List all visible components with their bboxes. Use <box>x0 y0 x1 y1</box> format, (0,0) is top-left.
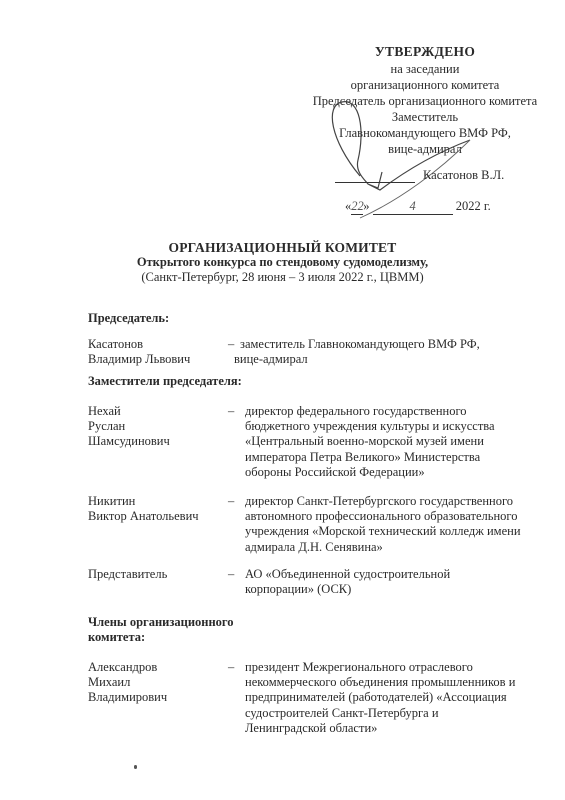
approval-block: УТВЕРЖДЕНО на заседании организационного… <box>290 44 560 157</box>
member-name-line: Михаил <box>88 675 228 690</box>
desc-line: предпринимателей (работодателей) «Ассоци… <box>245 690 515 705</box>
desc-line: вице-адмирал <box>234 352 480 367</box>
member-name: Нехай Руслан Шамсудинович <box>88 404 228 450</box>
approval-line: Председатель организационного комитета <box>290 93 560 109</box>
scan-speck <box>134 765 137 769</box>
desc-line: автономного профессионального образовате… <box>245 509 521 524</box>
member-name-line: Никитин <box>88 494 228 509</box>
desc-line: некоммерческого объединения промышленник… <box>245 675 515 690</box>
date-month: 4 <box>373 199 453 215</box>
dash: – <box>228 337 234 352</box>
heading-line: Члены организационного <box>88 615 234 630</box>
signature-line <box>335 182 415 183</box>
dash: – <box>228 660 234 675</box>
member-name-line: Представитель <box>88 567 228 582</box>
desc-line: президент Межрегионального отраслевого <box>245 660 515 675</box>
member-name-line: Александров <box>88 660 228 675</box>
approval-line: Заместитель <box>290 109 560 125</box>
signer-name: Касатонов В.Л. <box>423 168 504 183</box>
member-name-line: Шамсудинович <box>88 434 228 449</box>
member-name: Касатонов Владимир Львович <box>88 337 228 367</box>
desc-line: заместитель Главнокомандующего ВМФ РФ, <box>240 337 480 352</box>
document-title: ОРГАНИЗАЦИОННЫЙ КОМИТЕТ <box>0 240 565 256</box>
desc-line: директор федерального государственного <box>245 404 495 419</box>
member-name-line: Нехай <box>88 404 228 419</box>
member-name-line: Виктор Анатольевич <box>88 509 228 524</box>
desc-line: корпорации» (ОСК) <box>245 582 450 597</box>
desc-line: Ленинградской области» <box>245 721 515 736</box>
heading-line: комитета: <box>88 630 234 645</box>
section-heading-members: Члены организационного комитета: <box>88 615 234 645</box>
member-description: директор федерального государственного б… <box>245 404 495 480</box>
member-description: президент Межрегионального отраслевого н… <box>245 660 515 736</box>
section-heading-chair: Председатель: <box>88 311 169 326</box>
member-given-name: Владимир Львович <box>88 352 228 367</box>
member-surname: Касатонов <box>88 337 228 352</box>
document-subtitle: Открытого конкурса по стендовому судомод… <box>0 255 565 270</box>
desc-line: адмирала Д.Н. Сенявина» <box>245 540 521 555</box>
dash: – <box>228 404 234 419</box>
date-day: 22 <box>351 199 363 215</box>
desc-line: «Центральный военно-морской музей имени <box>245 434 495 449</box>
approval-line: на заседании <box>290 61 560 77</box>
dash: – <box>228 494 234 509</box>
desc-line: бюджетного учреждения культуры и искусст… <box>245 419 495 434</box>
member-name-line: Владимирович <box>88 690 228 705</box>
member-description: АО «Объединенной судостроительной корпор… <box>245 567 450 597</box>
approval-date: «22» 4 2022 г. <box>345 199 491 215</box>
member-name: Александров Михаил Владимирович <box>88 660 228 706</box>
member-name: Представитель <box>88 567 228 582</box>
member-description: директор Санкт-Петербургского государств… <box>245 494 521 555</box>
approval-line: Главнокомандующего ВМФ РФ, <box>290 125 560 141</box>
member-name: Никитин Виктор Анатольевич <box>88 494 228 524</box>
member-description: заместитель Главнокомандующего ВМФ РФ, в… <box>240 337 480 367</box>
desc-line: обороны Российской Федерации» <box>245 465 495 480</box>
date-year: 2022 г. <box>456 199 491 213</box>
approval-line: организационного комитета <box>290 77 560 93</box>
desc-line: императора Петра Великого» Министерства <box>245 450 495 465</box>
approval-line: вице-адмирал <box>290 141 560 157</box>
desc-line: судостроителей Санкт-Петербурга и <box>245 706 515 721</box>
desc-line: АО «Объединенной судостроительной <box>245 567 450 582</box>
member-name-line: Руслан <box>88 419 228 434</box>
section-heading-deputies: Заместители председателя: <box>88 374 242 389</box>
date-close-quote: » <box>363 199 369 213</box>
desc-line: учреждения «Морской технический колледж … <box>245 524 521 539</box>
dash: – <box>228 567 234 582</box>
desc-line: директор Санкт-Петербургского государств… <box>245 494 521 509</box>
document-event-info: (Санкт-Петербург, 28 июня – 3 июля 2022 … <box>0 270 565 285</box>
approval-heading: УТВЕРЖДЕНО <box>290 44 560 60</box>
